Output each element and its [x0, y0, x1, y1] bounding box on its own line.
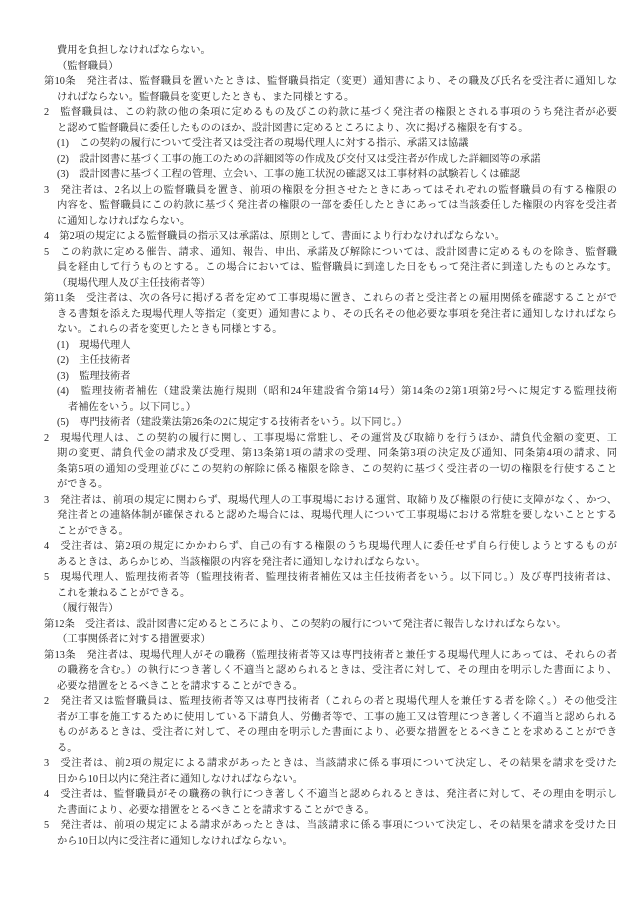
document-line: あるときは、あらかじめ、当該権限の内容を発注者に通知しなければならない。 [57, 555, 617, 571]
document-line: 5 現場代理人、監理技術者等（監理技術者、監理技術者補佐又は主任技術者をいう。以… [44, 570, 617, 586]
document-line: ができる。 [57, 477, 617, 493]
document-line: 4 第2項の規定による監督職員の指示又は承諾は、原則として、書面により行わなけれ… [44, 229, 617, 245]
document-line: 5 この約款に定める催告、請求、通知、報告、申出、承諾及び解除については、設計図… [44, 245, 617, 261]
document-line: これを兼ねることができる。 [57, 586, 617, 602]
document-line: の職務を含む。）の執行につき著しく不適当と認められるときは、受注者に対して、その… [57, 663, 617, 679]
document-line: 期の変更、請負代金の請求及び受理、第13条第1項の請求の受理、同条第3項の決定及… [57, 446, 617, 462]
document-line: 2 監督職員は、この約款の他の条項に定めるもの及びこの約款に基づく発注者の権限と… [44, 105, 617, 121]
document-page: 費用を負担しなければならない。（監督職員）第10条 発注者は、監督職員を置いたと… [0, 0, 630, 903]
document-line: 発注者との連絡体制が確保されると認めた場合には、現場代理人について工事現場におけ… [57, 508, 617, 524]
document-line: 第13条 発注者は、現場代理人がその職務（監理技術者等又は専門技術者と兼任する現… [44, 648, 617, 664]
document-line: と認めて監督職員に委任したもののほか、設計図書に定めるところにより、次に掲げる権… [57, 121, 617, 137]
document-line: (3) 監理技術者 [57, 369, 617, 385]
document-line: 3 受注者は、前2項の規定による請求があったときは、当該請求に係る事項について決… [44, 756, 617, 772]
document-line: 第11条 受注者は、次の各号に掲げる者を定めて工事現場に置き、これらの者と受注者… [44, 291, 617, 307]
document-line: 3 発注者は、2名以上の監督職員を置き、前項の権限を分担させたときにあってはそれ… [44, 183, 617, 199]
document-line: (1) この契約の履行について受注者又は受注者の現場代理人に対する指示、承諾又は… [57, 136, 617, 152]
document-line: (3) 設計図書に基づく工程の管理、立会い、工事の施工状況の確認又は工事材料の試… [57, 167, 617, 183]
document-body: 費用を負担しなければならない。（監督職員）第10条 発注者は、監督職員を置いたと… [0, 43, 630, 849]
document-line: 者補佐をいう。以下同じ。） [68, 400, 617, 416]
document-line: 費用を負担しなければならない。 [57, 43, 617, 59]
document-line: (5) 専門技術者（建設業法第26条の2に規定する技術者をいう。以下同じ。） [57, 415, 617, 431]
document-line: （工事関係者に対する措置要求） [57, 632, 617, 648]
document-line: ことができる。 [57, 524, 617, 540]
document-line: （履行報告） [57, 601, 617, 617]
document-line: 条第5項の通知の受理並びにこの契約の解除に係る権限を除き、この契約に基づく受注者… [57, 462, 617, 478]
document-line: 員を経由して行うものとする。この場合においては、監督職員に到達した日をもって発注… [57, 260, 617, 276]
document-line: 5 発注者は、前項の規定による請求があったときは、当該請求に係る事項について決定… [44, 818, 617, 834]
document-line: (2) 主任技術者 [57, 353, 617, 369]
document-line: る。 [57, 741, 617, 757]
document-line: 4 受注者は、監督職員がその職務の執行につき著しく不適当と認められるときは、発注… [44, 787, 617, 803]
document-line: から10日以内に受注者に通知しなければならない。 [57, 834, 617, 850]
document-line: （現場代理人及び主任技術者等） [57, 276, 617, 292]
document-line: ものがあるときは、受注者に対して、その理由を明示した書面により、必要な措置をとる… [57, 725, 617, 741]
document-line: 4 受注者は、第2項の規定にかかわらず、自己の有する権限のうち現場代理人に委任せ… [44, 539, 617, 555]
document-line: 内容を、監督職員にこの約款に基づく発注者の権限の一部を委任したときにあっては当該… [57, 198, 617, 214]
document-line: 日から10日以内に発注者に通知しなければならない。 [57, 772, 617, 788]
document-line: (1) 現場代理人 [57, 338, 617, 354]
document-line: 者が工事を施工するために使用している下請負人、労働者等で、工事の施工又は管理につ… [57, 710, 617, 726]
document-line: (2) 設計図書に基づく工事の施工のための詳細図等の作成及び交付又は受注者が作成… [57, 152, 617, 168]
document-line: 第10条 発注者は、監督職員を置いたときは、監督職員指定（変更）通知書により、そ… [44, 74, 617, 90]
document-line: ければならない。監督職員を変更したときも、また同様とする。 [57, 90, 617, 106]
document-line: （監督職員） [57, 59, 617, 75]
document-line: きる書類を添えた現場代理人等指定（変更）通知書により、その氏名その他必要な事項を… [57, 307, 617, 323]
document-line: 2 発注者又は監督職員は、監理技術者等又は専門技術者（これらの者と現場代理人を兼… [44, 694, 617, 710]
document-line: 3 発注者は、前項の規定に関わらず、現場代理人の工事現場における運営、取締り及び… [44, 493, 617, 509]
document-line: 必要な措置をとるべきことを請求することができる。 [57, 679, 617, 695]
document-line: (4) 監理技術者補佐（建設業法施行規則（昭和24年建設省令第14号）第14条の… [57, 384, 617, 400]
document-line: 2 現場代理人は、この契約の履行に関し、工事現場に常駐し、その運営及び取締りを行… [44, 431, 617, 447]
document-line: ない。これらの者を変更したときも同様とする。 [57, 322, 617, 338]
document-line: た書面により、必要な措置をとるべきことを請求することができる。 [57, 803, 617, 819]
document-line: 第12条 受注者は、設計図書に定めるところにより、この契約の履行について発注者に… [44, 617, 617, 633]
document-line: に通知しなければならない。 [57, 214, 617, 230]
